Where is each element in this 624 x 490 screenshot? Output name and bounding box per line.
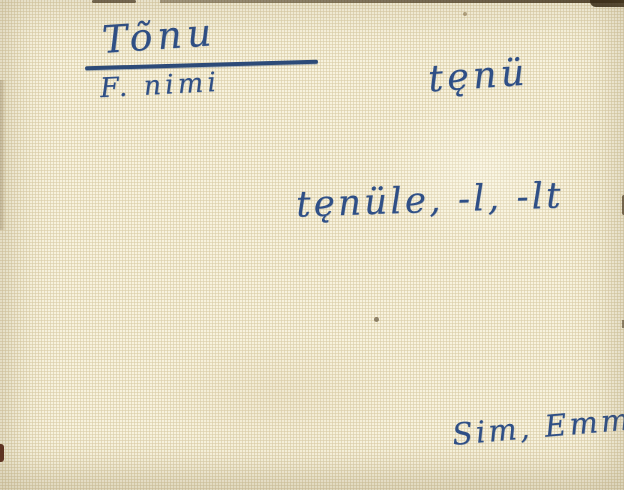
headword-category-label: F. nimi [99, 67, 220, 104]
paper-stain [150, 330, 410, 460]
scan-edge-left-notch [0, 444, 4, 462]
inflections-text: tęnüle, -l, -lt [295, 175, 564, 225]
paper-highlight [380, 90, 580, 250]
scanned-index-card: Tõnu F. nimi tęnü tęnüle, -l, -lt Sim, E… [0, 0, 624, 490]
scan-edge-top-right-corner [590, 0, 624, 7]
dialect-form-text: tęnü [427, 51, 530, 101]
source-signature-text: Sim, Emm [451, 402, 624, 453]
scan-edge-left-smudge [0, 80, 6, 230]
scan-edge-top-left [92, 0, 136, 3]
scan-edge-top [160, 0, 624, 3]
paper-speck [463, 12, 467, 16]
headword-text: Tõnu [101, 10, 218, 62]
paper-speck [374, 317, 379, 322]
